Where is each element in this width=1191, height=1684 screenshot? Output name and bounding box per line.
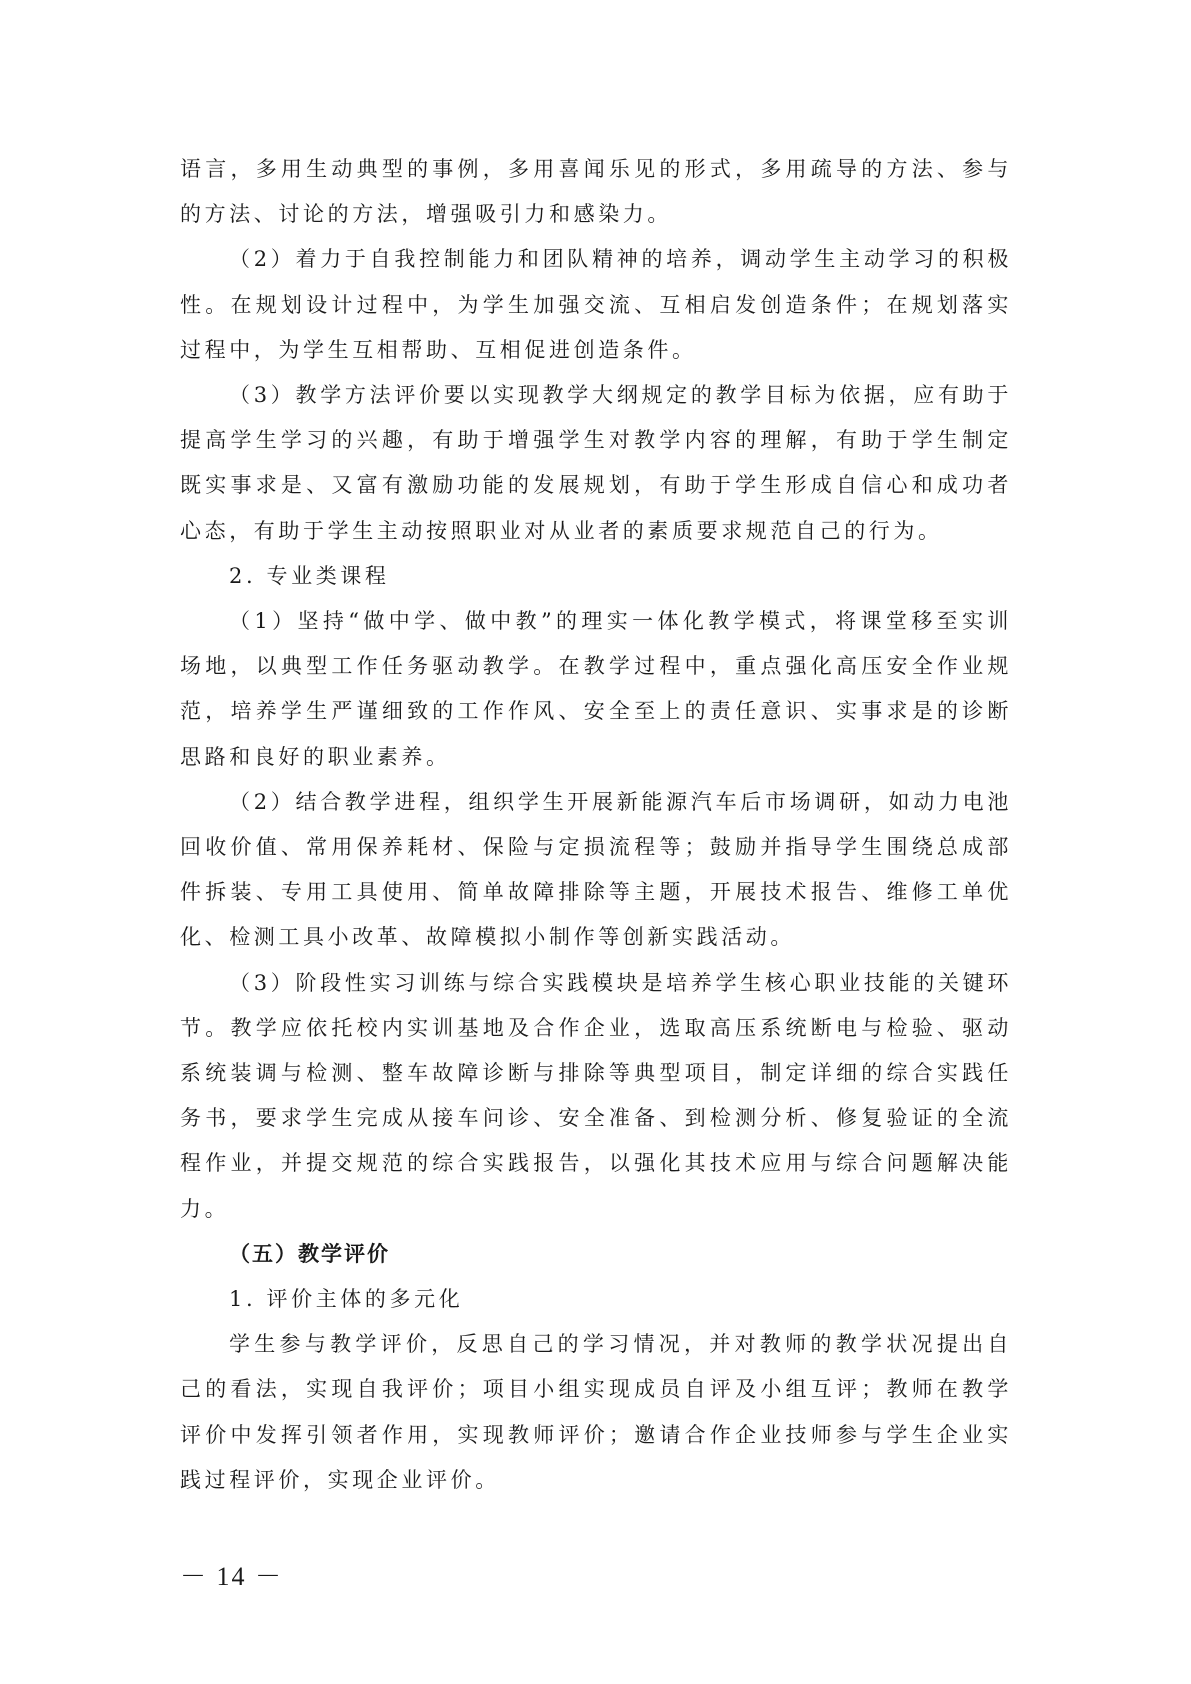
body-paragraph: （2）结合教学进程，组织学生开展新能源汽车后市场调研，如动力电池回收价值、常用保… xyxy=(180,780,1012,961)
subheading: 2. 专业类课程 xyxy=(180,554,1012,599)
page-number: － 14 － xyxy=(180,1556,283,1593)
body-paragraph: （3）教学方法评价要以实现教学大纲规定的教学目标为依据，应有助于提高学生学习的兴… xyxy=(180,373,1012,554)
section-heading: （五）教学评价 xyxy=(180,1232,1012,1277)
subheading: 1. 评价主体的多元化 xyxy=(180,1277,1012,1322)
page-content: 语言，多用生动典型的事例，多用喜闻乐见的形式，多用疏导的方法、参与的方法、讨论的… xyxy=(180,147,1012,1503)
body-paragraph: 语言，多用生动典型的事例，多用喜闻乐见的形式，多用疏导的方法、参与的方法、讨论的… xyxy=(180,147,1012,237)
document-page: 语言，多用生动典型的事例，多用喜闻乐见的形式，多用疏导的方法、参与的方法、讨论的… xyxy=(0,0,1191,1684)
body-paragraph: （1）坚持“做中学、做中教”的理实一体化教学模式，将课堂移至实训场地，以典型工作… xyxy=(180,599,1012,780)
body-paragraph: （2）着力于自我控制能力和团队精神的培养，调动学生主动学习的积极性。在规划设计过… xyxy=(180,237,1012,373)
body-paragraph: 学生参与教学评价，反思自己的学习情况，并对教师的教学状况提出自己的看法，实现自我… xyxy=(180,1322,1012,1503)
body-paragraph: （3）阶段性实习训练与综合实践模块是培养学生核心职业技能的关键环节。教学应依托校… xyxy=(180,961,1012,1232)
